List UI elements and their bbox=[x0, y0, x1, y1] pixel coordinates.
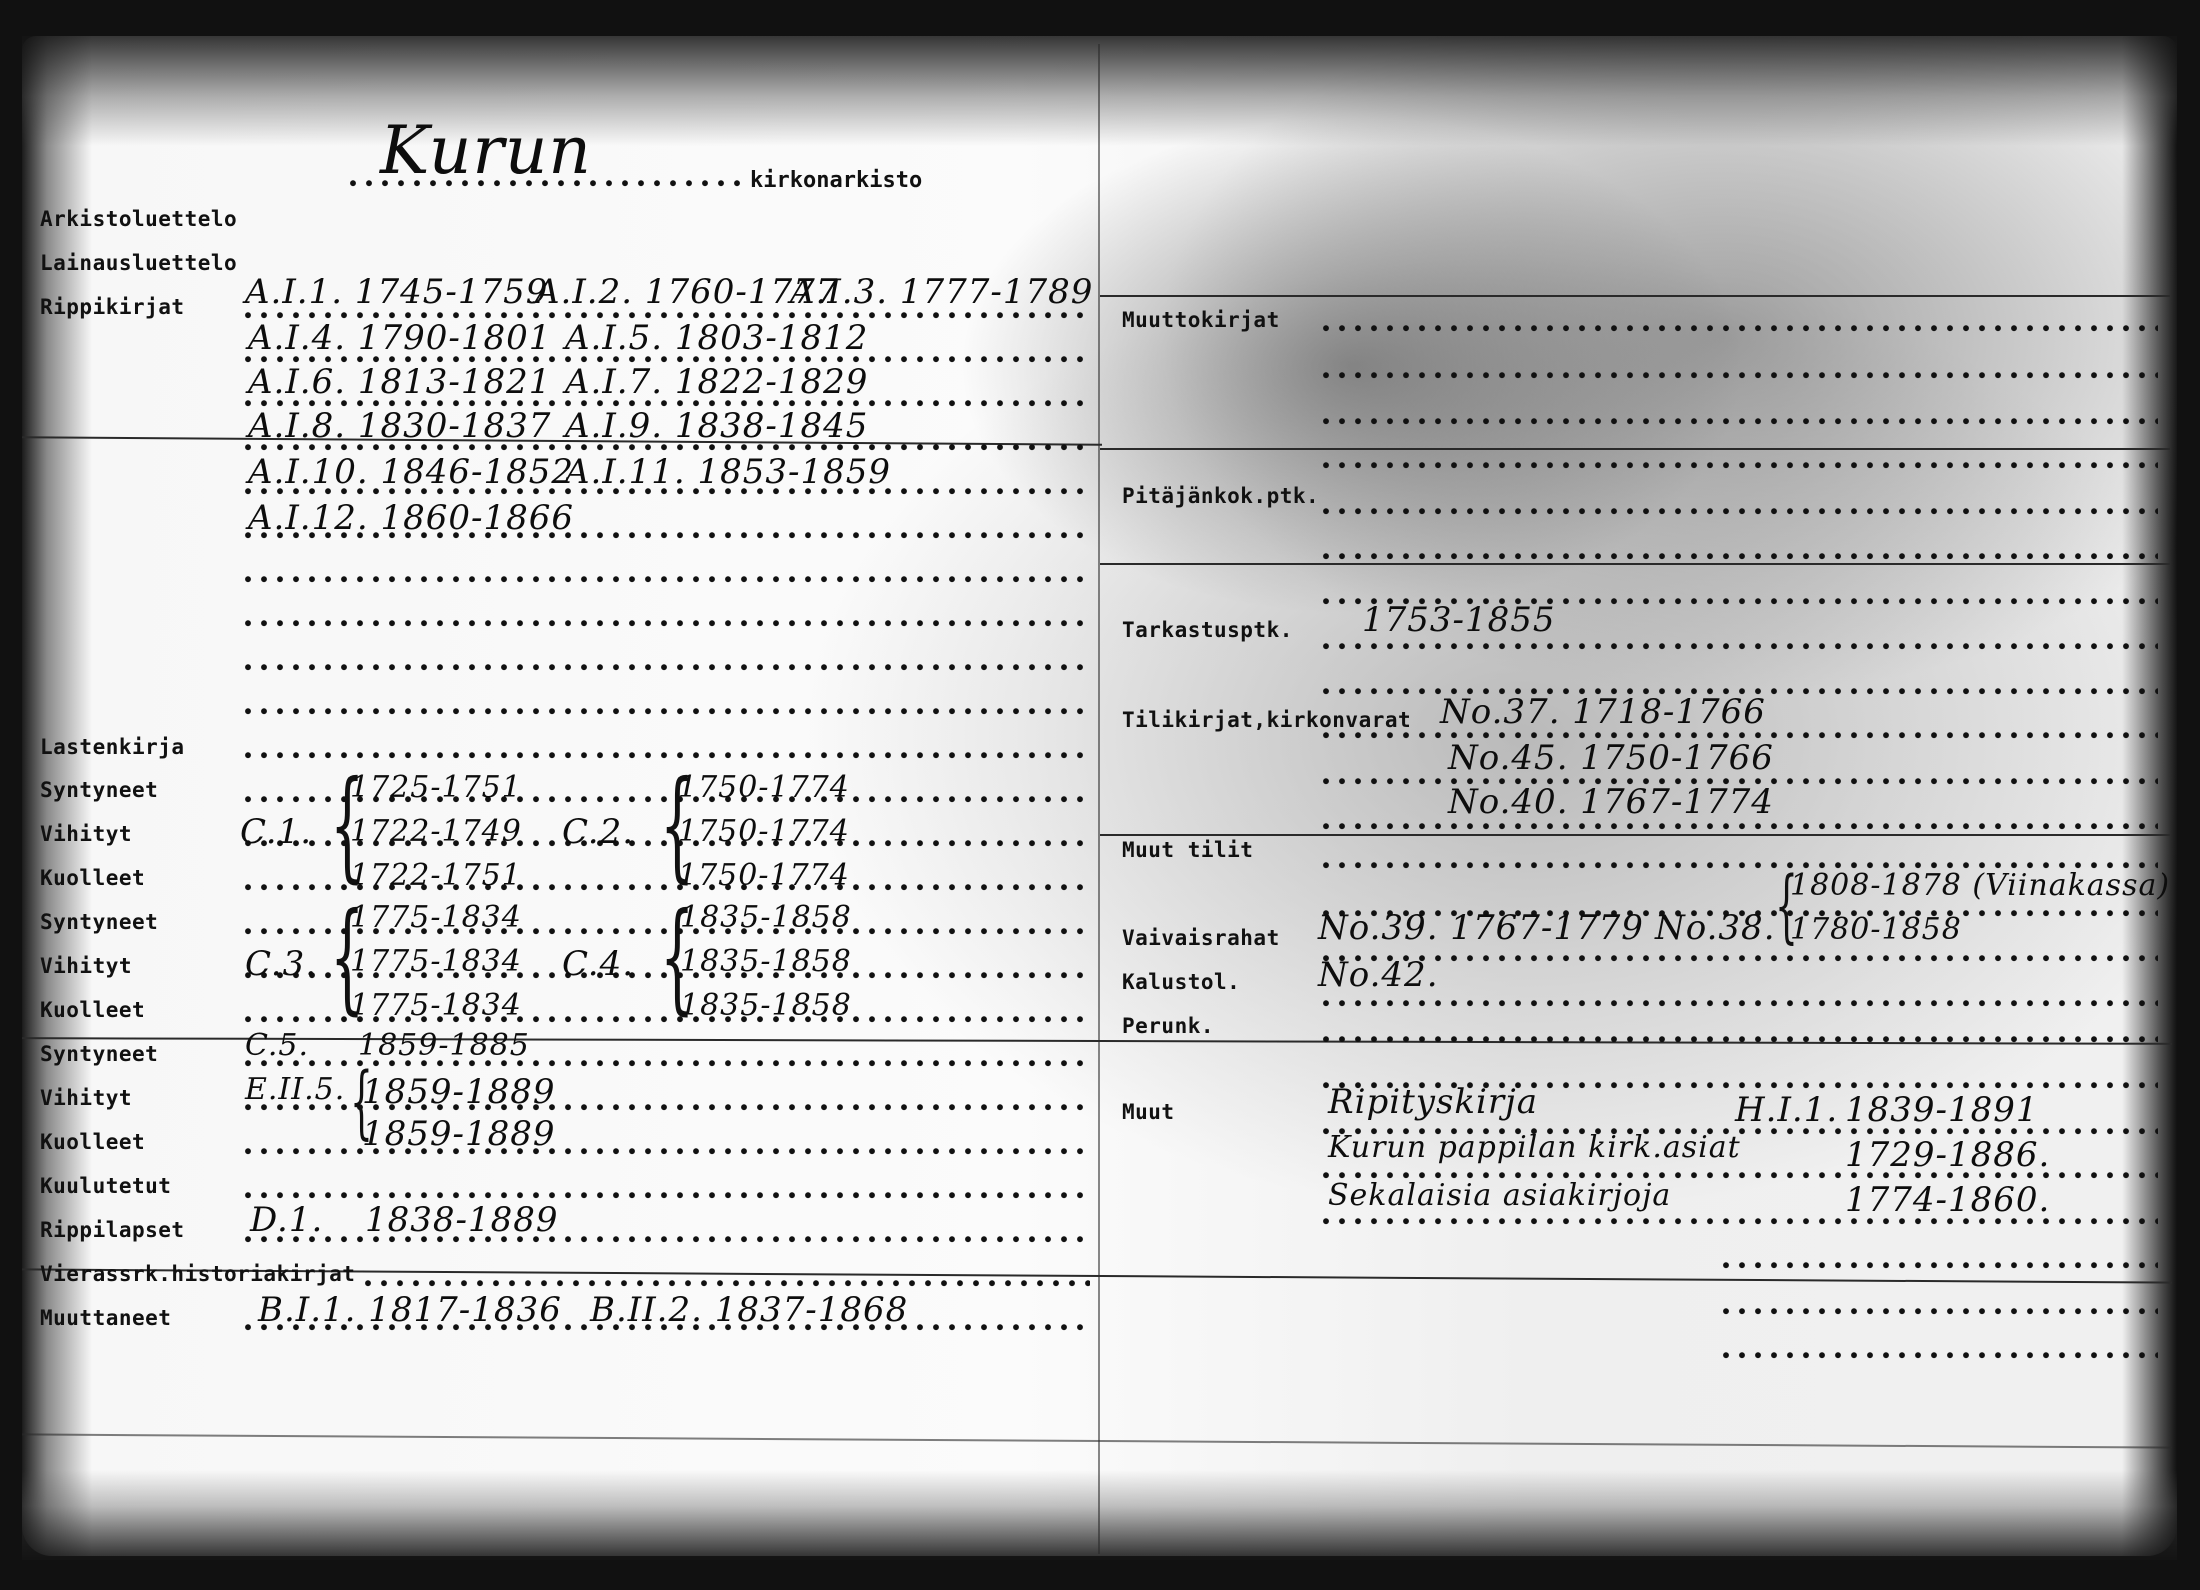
muut-entry-name: Kurun pappilan kirk.asiat bbox=[1328, 1130, 1741, 1165]
muut-entry-name: Sekalaisia asiakirjoja bbox=[1328, 1178, 1671, 1213]
label-muut-tilit: Muut tilit bbox=[1122, 838, 1253, 862]
label-lastenkirja: Lastenkirja bbox=[40, 735, 185, 759]
label-vihityt: Vihityt bbox=[40, 1086, 132, 1110]
muuttaneet-entry: B.I.1. 1817-1836 bbox=[258, 1290, 562, 1330]
rippikirja-entry: A.I.9. 1838-1845 bbox=[565, 406, 868, 446]
label-syntyneet: Syntyneet bbox=[40, 910, 158, 934]
center-fold-line bbox=[1098, 44, 1100, 1554]
years-entry: 1775-1834 bbox=[350, 988, 522, 1023]
entry-line bbox=[1318, 955, 2158, 963]
rippikirja-entry: A.I.8. 1830-1837 bbox=[248, 406, 551, 446]
years-entry: 1722-1751 bbox=[350, 858, 522, 893]
entry-line bbox=[1318, 325, 2158, 333]
years-entry: 1722-1749 bbox=[350, 814, 522, 849]
label-pitajankokous-ptk: Pitäjänkok.ptk. bbox=[1122, 484, 1319, 508]
entry-line bbox=[240, 1192, 1090, 1200]
entry-line bbox=[1318, 1036, 2158, 1044]
label-kuolleet: Kuolleet bbox=[40, 1130, 145, 1154]
rippikirja-entry: A.I.11. 1853-1859 bbox=[565, 452, 891, 492]
years-entry: 1838-1889 bbox=[365, 1200, 559, 1240]
ruled-line bbox=[1100, 448, 2170, 450]
muut-entry-ref: H.I.1. bbox=[1735, 1090, 1838, 1130]
years-entry: 1859-1885 bbox=[358, 1028, 530, 1063]
label-muuttaneet: Muuttaneet bbox=[40, 1306, 171, 1330]
entry-line bbox=[1318, 418, 2158, 426]
entry-line bbox=[1318, 643, 2158, 651]
label-vihityt: Vihityt bbox=[40, 822, 132, 846]
entry-line bbox=[360, 1280, 1090, 1288]
entry-line bbox=[1318, 372, 2158, 380]
volume-label-c4: C.4. bbox=[562, 944, 634, 984]
label-muut: Muut bbox=[1122, 1100, 1175, 1124]
muut-entry-years: 1839-1891 bbox=[1845, 1090, 2039, 1130]
ruled-line bbox=[1100, 563, 2170, 565]
rippikirja-entry: A.I.12. 1860-1866 bbox=[248, 498, 574, 538]
label-syntyneet: Syntyneet bbox=[40, 1042, 158, 1066]
label-lainausluettelo: Lainausluettelo bbox=[40, 251, 237, 275]
years-entry: 1750-1774 bbox=[678, 770, 850, 805]
title-dotted-line bbox=[345, 180, 745, 188]
label-vihityt: Vihityt bbox=[40, 954, 132, 978]
label-kalustol: Kalustol. bbox=[1122, 970, 1240, 994]
entry-line bbox=[1318, 1000, 2158, 1008]
muut-entry-years: 1729-1886. bbox=[1845, 1135, 2050, 1175]
tilikirja-entry: No.37. 1718-1766 bbox=[1440, 692, 1766, 732]
muut-entry-name: Ripityskirja bbox=[1328, 1082, 1538, 1122]
rippikirja-entry: A.I.10. 1846-1852 bbox=[248, 452, 574, 492]
tarkastusptk-years: 1753-1855 bbox=[1362, 600, 1556, 640]
years-entry: 1775-1834 bbox=[350, 944, 522, 979]
label-vierassrk-historiakirjat: Vierassrk.historiakirjat bbox=[40, 1262, 355, 1286]
kalustol-entry: No.42. bbox=[1318, 955, 1439, 995]
years-entry: 1725-1751 bbox=[350, 770, 522, 805]
entry-line bbox=[1318, 508, 2158, 516]
label-kuulutetut: Kuulutetut bbox=[40, 1174, 171, 1198]
rippikirja-entry: A.I.1. 1745-1759 bbox=[245, 272, 548, 312]
years-entry: 1835-1858 bbox=[680, 944, 852, 979]
label-arkistoluettelo: Arkistoluettelo bbox=[40, 207, 237, 231]
label-kuolleet: Kuolleet bbox=[40, 998, 145, 1022]
label-rippilapset: Rippilapset bbox=[40, 1218, 185, 1242]
label-tarkastusptk: Tarkastusptk. bbox=[1122, 618, 1293, 642]
rippikirja-entry: A.I.3. 1777-1789 bbox=[790, 272, 1093, 312]
rippikirja-entry: A.I.6. 1813-1821 bbox=[248, 362, 551, 402]
entry-line bbox=[1318, 462, 2158, 470]
volume-label-d1: D.1. bbox=[250, 1200, 323, 1240]
label-syntyneet: Syntyneet bbox=[40, 778, 158, 802]
label-kuolleet: Kuolleet bbox=[40, 866, 145, 890]
vaivaisrahat-years: 1780-1858 bbox=[1790, 912, 1962, 947]
entry-line bbox=[1318, 553, 2158, 561]
volume-label-e2-5: E.II.5. bbox=[245, 1072, 345, 1107]
years-entry: 1775-1834 bbox=[350, 900, 522, 935]
volume-label-c1: C.1. bbox=[240, 812, 312, 852]
label-perunk: Perunk. bbox=[1122, 1014, 1214, 1038]
volume-label-c3: C.3. bbox=[245, 944, 317, 984]
entry-line bbox=[1718, 1308, 2158, 1316]
volume-label-c5: C.5. bbox=[245, 1028, 309, 1063]
vaivaisrahat-years: 1808-1878 (Viinakassa) bbox=[1790, 868, 2170, 903]
entry-line bbox=[1318, 823, 2158, 831]
rippikirja-entry: A.I.7. 1822-1829 bbox=[565, 362, 868, 402]
tilikirja-entry: No.40. 1767-1774 bbox=[1448, 782, 1774, 822]
years-entry: 1859-1889 bbox=[362, 1114, 556, 1154]
entry-line bbox=[240, 620, 1090, 628]
label-tilikirjat-kirkonvarat: Tilikirjat,kirkonvarat bbox=[1122, 708, 1411, 732]
ruled-line bbox=[1100, 834, 2170, 836]
vaivaisrahat-entry: No.39. 1767-1779 bbox=[1318, 908, 1644, 948]
entry-line bbox=[240, 576, 1090, 584]
ruled-line bbox=[1100, 295, 2170, 297]
years-entry: 1859-1889 bbox=[362, 1072, 556, 1112]
muuttaneet-entry: B.II.2. 1837-1868 bbox=[590, 1290, 908, 1330]
entry-line bbox=[1718, 1352, 2158, 1360]
entry-line bbox=[1718, 1262, 2158, 1270]
vaivaisrahat-entry-label: No.38. bbox=[1655, 908, 1776, 948]
tilikirja-entry: No.45. 1750-1766 bbox=[1448, 738, 1774, 778]
years-entry: 1750-1774 bbox=[678, 814, 850, 849]
rippikirja-entry: A.I.5. 1803-1812 bbox=[565, 318, 868, 358]
label-rippikirjat: Rippikirjat bbox=[40, 295, 185, 319]
muut-entry-years: 1774-1860. bbox=[1845, 1180, 2050, 1220]
years-entry: 1835-1858 bbox=[680, 988, 852, 1023]
label-muuttokirjat: Muuttokirjat bbox=[1122, 308, 1280, 332]
label-vaivaisrahat: Vaivaisrahat bbox=[1122, 926, 1280, 950]
years-entry: 1750-1774 bbox=[678, 858, 850, 893]
rippikirja-entry: A.I.4. 1790-1801 bbox=[248, 318, 551, 358]
entry-line bbox=[240, 708, 1090, 716]
title-suffix: kirkonarkisto bbox=[750, 168, 922, 193]
entry-line bbox=[240, 664, 1090, 672]
years-entry: 1835-1858 bbox=[680, 900, 852, 935]
volume-label-c2: C.2. bbox=[562, 812, 634, 852]
parish-name-handwritten: Kurun bbox=[380, 112, 592, 189]
